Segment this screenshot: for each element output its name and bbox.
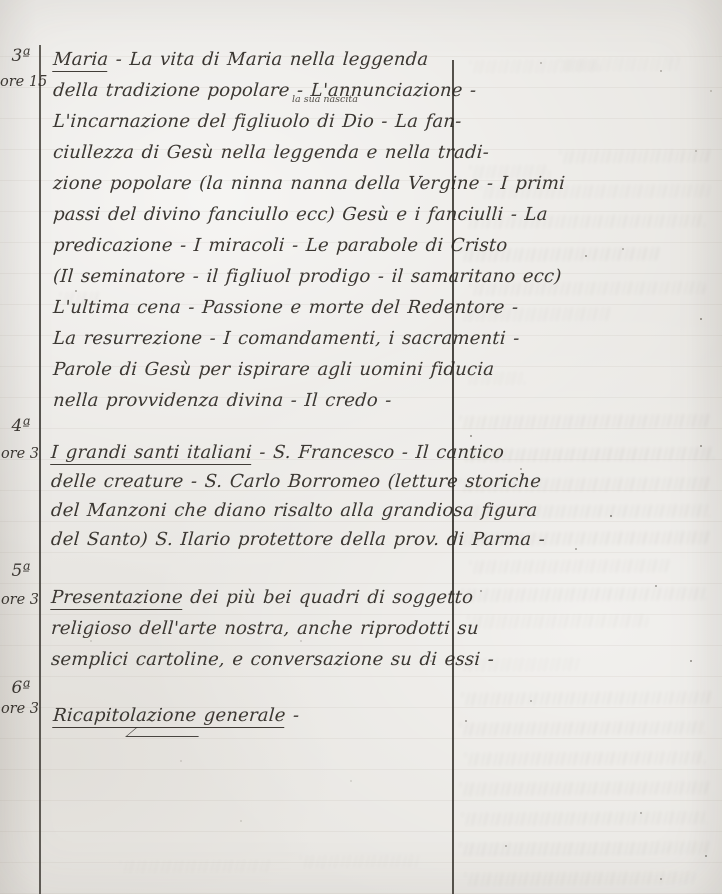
underlined-heading: I grandi santi italiani (50, 442, 253, 465)
section-3-text: Presentazione dei più bei quadri di sogg… (50, 582, 493, 675)
section-1-line-6: passi del divino fanciullo ecc) Gesù e i… (52, 199, 566, 230)
bleedthrough-stroke-24 (462, 811, 707, 826)
section-4-line-1: Ricapitolazione generale - (52, 700, 300, 731)
bleedthrough-stroke-26 (465, 871, 695, 886)
underlined-heading: Presentazione (50, 587, 183, 610)
bleedthrough-stroke-23 (460, 781, 710, 796)
bleedthrough-stroke-28 (300, 855, 420, 869)
section-3-line-1: Presentazione dei più bei quadri di sogg… (50, 582, 495, 613)
bleedthrough-stroke-17 (462, 587, 707, 602)
margin-ordinal-4: 6ª (4, 678, 38, 698)
bleedthrough-stroke-21 (460, 721, 705, 736)
section-3-line-3: semplici cartoline, e conversazione su d… (50, 644, 495, 675)
section-1-line-4: ciullezza di Gesù nella leggenda e nella… (52, 137, 566, 168)
bleedthrough-stroke-2 (560, 58, 680, 72)
section-1-line-8: (Il seminatore - il figliuol prodigo - i… (52, 261, 566, 292)
section-1-line-10: La resurrezione - I comandamenti, i sacr… (52, 323, 566, 354)
left-margin-rule (39, 45, 41, 894)
section-2-line-3: del Manzoni che diano risalto alla grand… (50, 496, 546, 525)
bleedthrough-stroke-20 (462, 691, 712, 706)
section-4-text: Ricapitolazione generale - (52, 700, 298, 731)
section-1-line-11: Parole di Gesù per ispirare agli uomini … (52, 354, 566, 385)
section-1-line-9: L'ultima cena - Passione e morte del Red… (52, 292, 566, 323)
bleedthrough-stroke-11 (460, 414, 710, 429)
manuscript-page: 3ªore 15Maria - La vita di Maria nella l… (0, 0, 722, 894)
bleedthrough-stroke-3 (560, 149, 710, 163)
section-1-line-1: Maria - La vita di Maria nella leggenda (52, 44, 566, 75)
margin-ordinal-3: 5ª (4, 561, 38, 581)
interlinear-insertion: la sua nascita (292, 94, 358, 105)
section-2-line-2: delle creature - S. Carlo Borromeo (lett… (50, 467, 546, 496)
margin-hours-4: ore 3 (0, 701, 40, 717)
bleedthrough-stroke-29 (120, 859, 270, 873)
margin-ordinal-1: 3ª (4, 46, 38, 66)
bleedthrough-stroke-25 (460, 841, 710, 856)
margin-hours-1: ore 15 (0, 74, 40, 90)
section-1-line-7: predicazione - I miracoli - Le parabole … (52, 230, 566, 261)
section-3-line-2: religioso dell'arte nostra, anche riprod… (50, 613, 495, 644)
section-1-text: Maria - La vita di Maria nella leggendad… (52, 44, 564, 416)
section-2-line-1: I grandi santi italiani - S. Francesco -… (50, 438, 546, 467)
paper-specks (0, 0, 2, 2)
section-2-line-4: del Santo) S. Ilario protettore della pr… (50, 525, 546, 554)
margin-hours-2: ore 3 (0, 446, 40, 462)
section-2-text: I grandi santi italiani - S. Francesco -… (50, 438, 544, 554)
bleedthrough-stroke-16 (470, 559, 670, 573)
bleedthrough-stroke-22 (465, 751, 705, 766)
margin-ordinal-2: 4ª (4, 416, 38, 436)
margin-hours-3: ore 3 (0, 592, 40, 608)
underlined-heading: Ricapitolazione generale (52, 705, 286, 728)
section-1-line-12: nella provvidenza divina - Il credo - (52, 385, 566, 416)
underlined-heading: Maria (52, 49, 109, 72)
section-1-line-5: zione popolare (la ninna nanna della Ver… (52, 168, 566, 199)
section-1-line-3: L'incarnazione del figliuolo di Dio - La… (52, 106, 566, 137)
bleedthrough-stroke-18 (468, 614, 648, 628)
